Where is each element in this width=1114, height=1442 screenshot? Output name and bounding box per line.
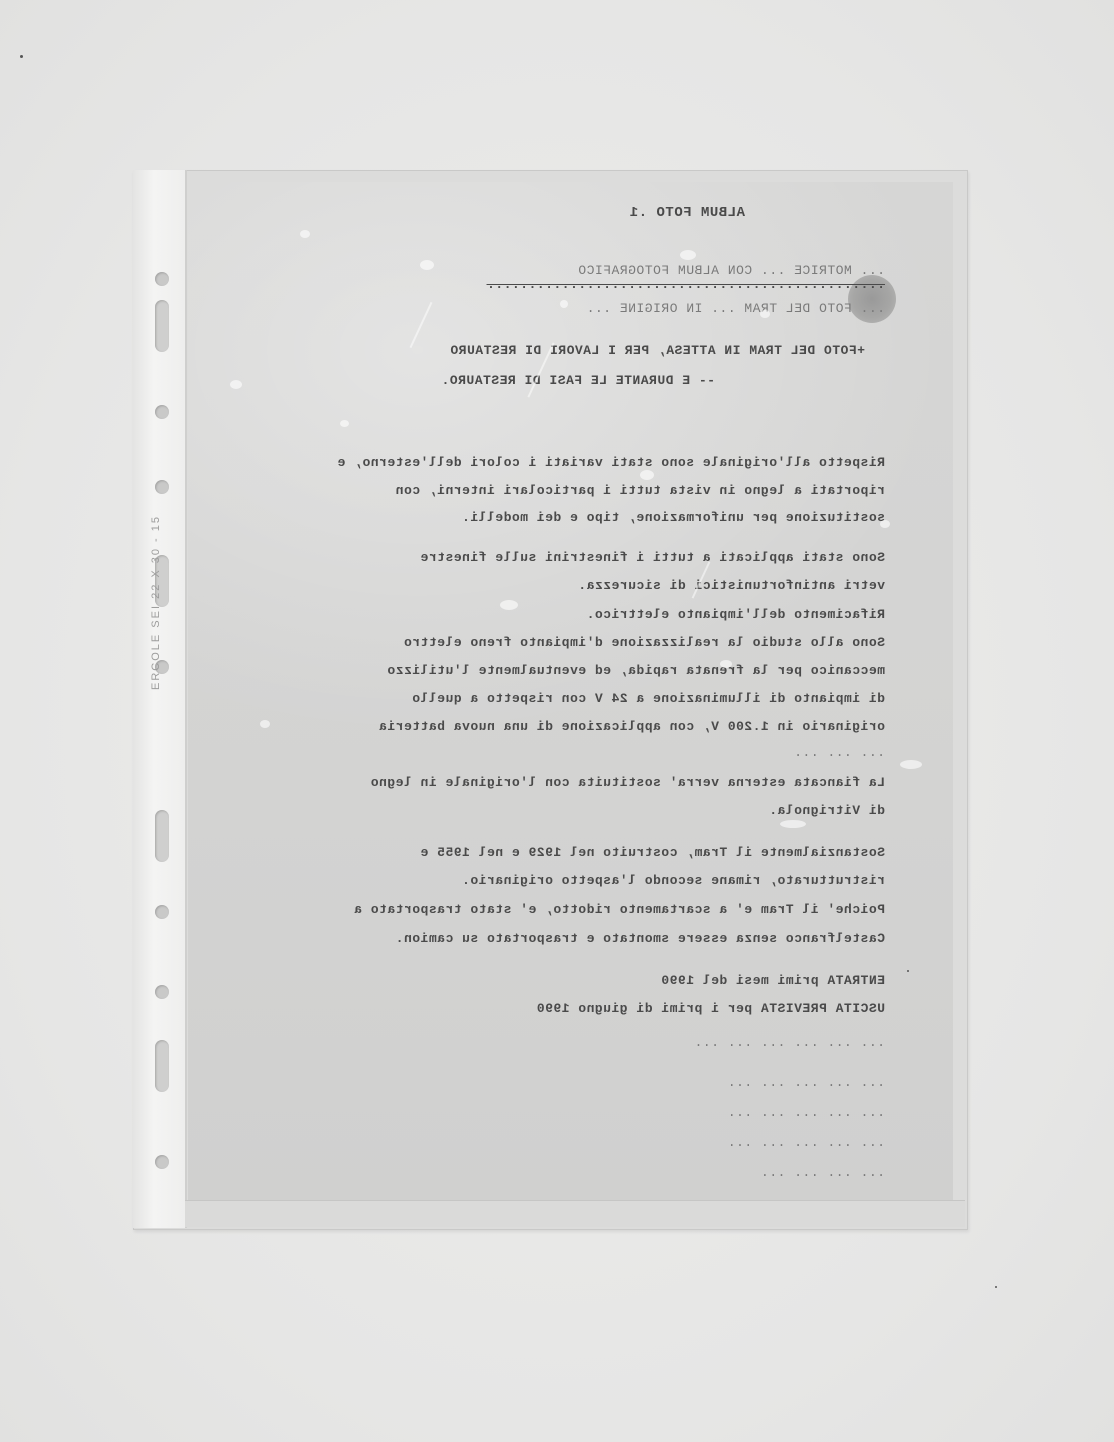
plastic-bubble (500, 600, 518, 610)
text-line: meccanico per la frenata rapida, ed even… (387, 663, 885, 678)
text-line: Sostanzialmente il Tram, costruito nel 1… (420, 845, 885, 860)
text-line: ........................................… (487, 277, 885, 292)
wall-speck (20, 55, 23, 58)
text-line: ... ... ... ... ... (727, 1075, 885, 1090)
plastic-bubble (340, 420, 349, 427)
text-line: ristrutturato, rimane secondo l'aspetto … (462, 873, 885, 888)
text-line: Sono stati applicati a tutti i finestrin… (420, 550, 885, 565)
plastic-bubble (420, 260, 434, 270)
plastic-bubble (720, 660, 732, 668)
sheet-protector-bottom-edge (185, 1200, 965, 1227)
punch-hole (155, 272, 169, 286)
text-line: ENTRATA primi mesi del 1990 (661, 973, 885, 988)
text-line: ... ... ... ... ... (727, 1135, 885, 1150)
punch-hole (155, 480, 169, 494)
text-line: ... MOTRICE ... CON ALBUM FOTOGRAFICO (578, 263, 885, 278)
text-line: di impianto di illuminazione a 24 V con … (412, 691, 885, 706)
text-line: USCITA PREVISTA per i primi di giugno 19… (536, 1001, 885, 1016)
punch-hole (155, 985, 169, 999)
plastic-bubble (680, 250, 696, 260)
text-line: ... ... ... ... ... (727, 1105, 885, 1120)
text-line: ... ... ... ... ... ... (694, 1035, 885, 1050)
text-line: di Vitrignola. (769, 803, 885, 818)
punch-slot (155, 300, 169, 352)
text-line: -- E DURANTE LE FASI DI RESTAURO. (441, 373, 715, 388)
text-line: Poiche' il Tram e' a scartamento ridotto… (354, 902, 885, 917)
text-line: ... ... ... (794, 745, 885, 760)
text-line: +FOTO DEL TRAM IN ATTESA, PER I LAVORI D… (450, 343, 865, 358)
text-line: La fiancata esterna verra' sostituita co… (370, 775, 885, 790)
wall-speck (907, 970, 909, 972)
wall-speck (995, 1286, 997, 1288)
punch-hole (155, 405, 169, 419)
punch-slot (155, 1040, 169, 1092)
text-line: Rispetto all'originale sono stati variat… (337, 455, 885, 470)
plastic-bubble (880, 520, 890, 528)
plastic-bubble (260, 720, 270, 728)
punch-hole (155, 1155, 169, 1169)
text-line: originario in 1.200 V, con applicazione … (379, 719, 885, 734)
text-line: Sono allo studio la realizzazione d'impi… (404, 635, 885, 650)
plastic-bubble (780, 820, 806, 828)
spine-label-text: ERCOLE SEI 22 X 30 - 15 (150, 515, 162, 690)
document-title: ALBUM FOTO .1 (629, 205, 745, 221)
text-line: Rifacimento dell'impianto elettrico. (586, 607, 885, 622)
punch-slot (155, 810, 169, 862)
plastic-bubble (760, 310, 770, 318)
text-line: vetri antinfortunistici di sicurezza. (578, 578, 885, 593)
punch-hole (155, 905, 169, 919)
text-line: ... FOTO DEL TRAM ... IN ORIGINE ... (586, 301, 885, 316)
plastic-bubble (640, 470, 654, 480)
text-line: ... ... ... ... (760, 1165, 885, 1180)
plastic-bubble (230, 380, 242, 389)
plastic-bubble (900, 760, 922, 769)
text-line: riportati a legno in vista tutti i parti… (395, 483, 885, 498)
plastic-bubble (300, 230, 310, 238)
text-line: sostituzione per uniformazione, tipo e d… (462, 510, 885, 525)
text-line: Castelfranco senza essere smontato e tra… (395, 931, 885, 946)
plastic-bubble (560, 300, 568, 308)
